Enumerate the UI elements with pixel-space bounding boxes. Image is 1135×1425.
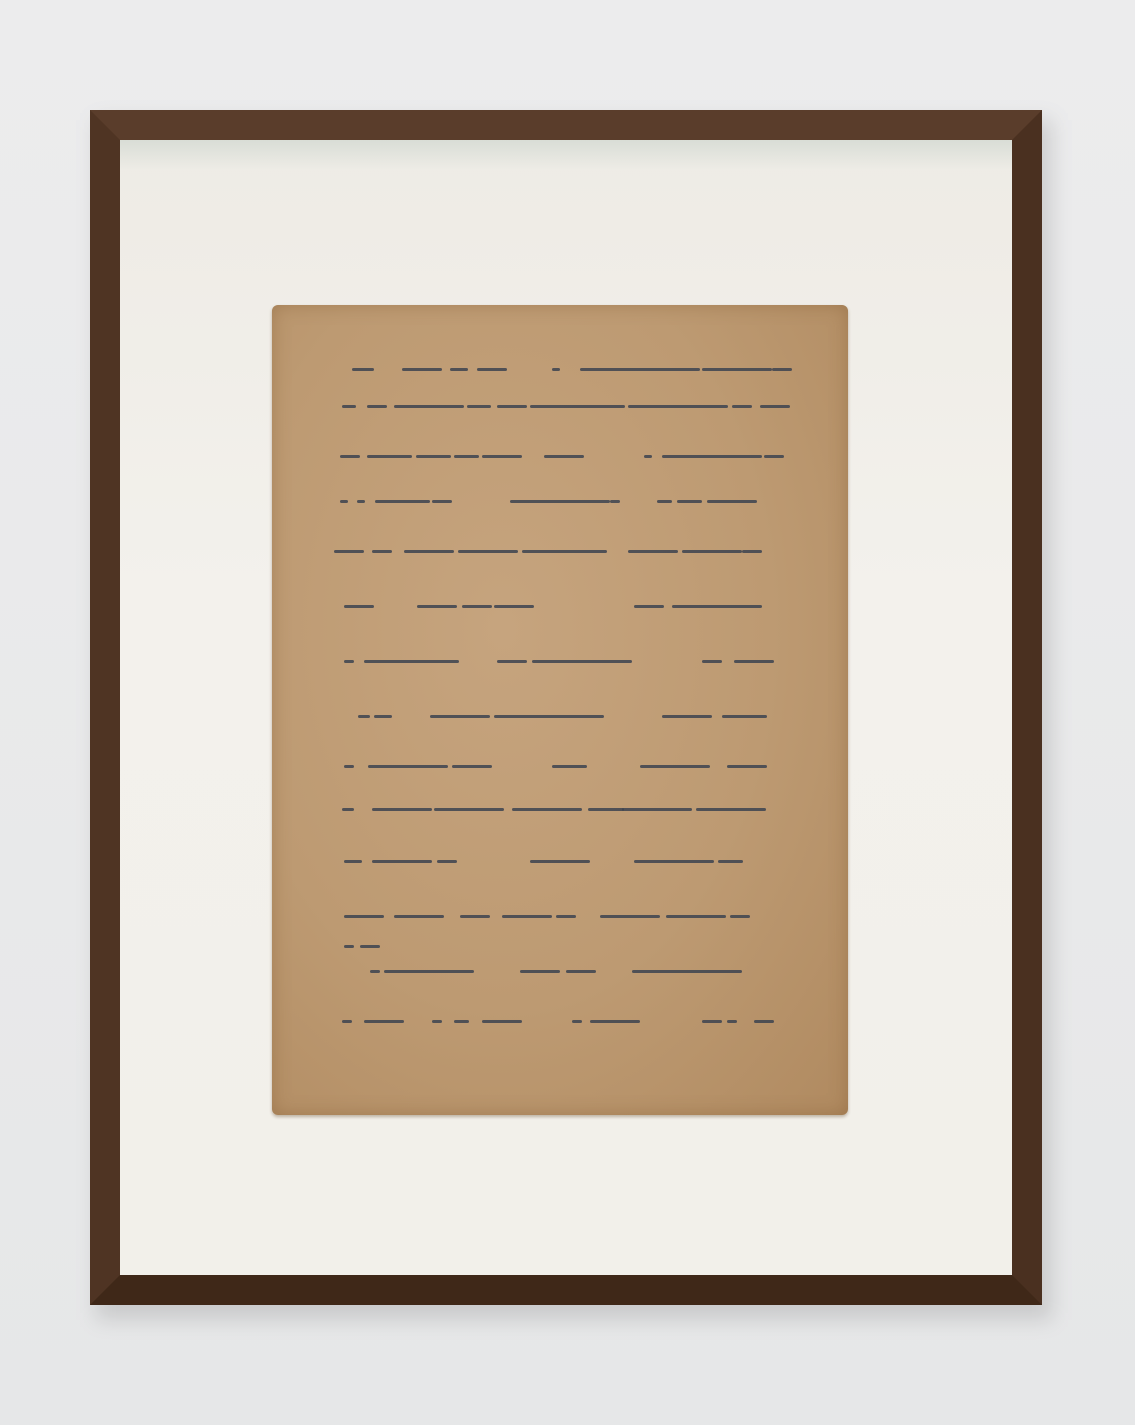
dash-mark — [510, 500, 610, 503]
dash-mark — [580, 368, 700, 371]
dash-mark — [372, 550, 392, 553]
dash-mark-row — [272, 405, 848, 409]
dash-mark — [364, 660, 459, 663]
dash-mark — [502, 915, 552, 918]
dash-mark — [367, 405, 387, 408]
dash-mark — [742, 550, 762, 553]
dash-mark — [644, 455, 652, 458]
dash-mark — [734, 660, 774, 663]
dash-mark-row — [272, 765, 848, 769]
dash-mark — [432, 500, 452, 503]
dash-mark-row — [272, 455, 848, 459]
dash-mark — [404, 550, 454, 553]
dash-mark — [556, 915, 576, 918]
dash-mark — [628, 405, 728, 408]
dash-mark — [657, 500, 672, 503]
dash-mark — [482, 455, 522, 458]
dash-mark — [344, 860, 362, 863]
dash-mark — [520, 970, 560, 973]
dash-mark — [344, 765, 354, 768]
dash-mark — [730, 915, 750, 918]
dash-mark — [340, 500, 348, 503]
dash-mark — [544, 455, 584, 458]
dash-mark — [522, 550, 607, 553]
dash-mark-row — [272, 808, 848, 812]
dash-mark — [707, 500, 757, 503]
handmade-paper-artwork — [272, 305, 848, 1115]
dash-mark — [394, 405, 464, 408]
dash-mark — [622, 808, 692, 811]
dash-mark — [394, 915, 444, 918]
dash-mark — [566, 970, 596, 973]
dash-mark — [552, 368, 560, 371]
dash-mark — [368, 765, 448, 768]
dash-mark — [494, 605, 534, 608]
dash-mark — [682, 550, 742, 553]
dash-mark — [640, 765, 710, 768]
dash-mark — [482, 1020, 522, 1023]
dash-mark — [334, 550, 364, 553]
dash-mark — [530, 405, 625, 408]
dash-mark — [754, 1020, 774, 1023]
dash-mark — [344, 915, 384, 918]
dash-mark-row — [272, 550, 848, 554]
dash-mark — [430, 715, 490, 718]
dash-mark-row — [272, 368, 848, 372]
dash-mark — [677, 500, 702, 503]
dash-mark — [628, 550, 678, 553]
dash-mark — [672, 605, 762, 608]
dash-mark — [402, 368, 442, 371]
dash-mark — [632, 970, 742, 973]
dash-mark — [702, 1020, 722, 1023]
dash-mark — [702, 368, 772, 371]
dash-mark — [477, 368, 507, 371]
dash-mark — [760, 405, 790, 408]
dash-mark — [372, 808, 432, 811]
dash-mark — [342, 808, 354, 811]
dash-mark-row — [272, 915, 848, 919]
dash-mark — [358, 715, 370, 718]
dash-mark — [342, 1020, 352, 1023]
dash-mark — [384, 970, 474, 973]
dash-mark — [467, 405, 491, 408]
dash-mark — [450, 368, 468, 371]
dash-mark — [340, 455, 360, 458]
dash-mark — [458, 550, 518, 553]
dash-mark-row — [272, 1020, 848, 1024]
dash-mark — [372, 860, 432, 863]
dash-mark — [590, 1020, 640, 1023]
dash-mark — [460, 915, 490, 918]
dash-mark — [634, 605, 664, 608]
dash-mark — [344, 660, 354, 663]
dash-mark — [357, 500, 365, 503]
dash-mark — [454, 455, 479, 458]
dash-mark — [367, 455, 412, 458]
dash-mark — [727, 765, 767, 768]
picture-frame — [90, 110, 1042, 1305]
dash-mark — [532, 660, 632, 663]
dash-mark — [360, 945, 380, 948]
dash-mark-row — [272, 500, 848, 504]
dash-mark — [494, 715, 604, 718]
dash-mark-row — [272, 660, 848, 664]
dash-mark — [432, 1020, 442, 1023]
dash-mark — [662, 455, 762, 458]
dash-mark — [370, 970, 380, 973]
dash-mark-row — [272, 605, 848, 609]
dash-mark — [352, 368, 374, 371]
dash-mark — [342, 405, 356, 408]
dash-mark — [732, 405, 752, 408]
dash-mark-row — [272, 945, 848, 949]
dash-mark — [437, 860, 457, 863]
dash-mark — [462, 605, 492, 608]
glass-reflection — [120, 140, 1012, 170]
dash-mark — [452, 765, 492, 768]
dash-mark — [417, 605, 457, 608]
dash-mark-row — [272, 715, 848, 719]
dash-mark — [600, 915, 660, 918]
dash-mark — [552, 765, 587, 768]
dash-mark-row — [272, 970, 848, 974]
dash-mark — [364, 1020, 404, 1023]
dash-mark — [497, 660, 527, 663]
dash-mark — [572, 1020, 582, 1023]
dash-mark-row — [272, 860, 848, 864]
dash-mark — [512, 808, 582, 811]
dash-mark — [497, 405, 527, 408]
dash-mark — [344, 945, 354, 948]
dash-mark — [375, 500, 430, 503]
dash-mark — [416, 455, 451, 458]
dash-mark — [722, 715, 767, 718]
dash-mark — [696, 808, 766, 811]
dash-mark — [662, 715, 712, 718]
dash-mark — [434, 808, 504, 811]
dash-mark — [374, 715, 392, 718]
dash-mark — [588, 808, 624, 811]
dash-mark — [634, 860, 714, 863]
dash-mark — [344, 605, 374, 608]
dash-mark — [772, 368, 792, 371]
dash-mark — [666, 915, 726, 918]
dash-mark — [764, 455, 784, 458]
dash-mark — [702, 660, 722, 663]
dash-mark — [727, 1020, 737, 1023]
dash-mark — [610, 500, 620, 503]
dash-mark — [530, 860, 590, 863]
dash-mark — [454, 1020, 469, 1023]
dash-mark — [718, 860, 743, 863]
